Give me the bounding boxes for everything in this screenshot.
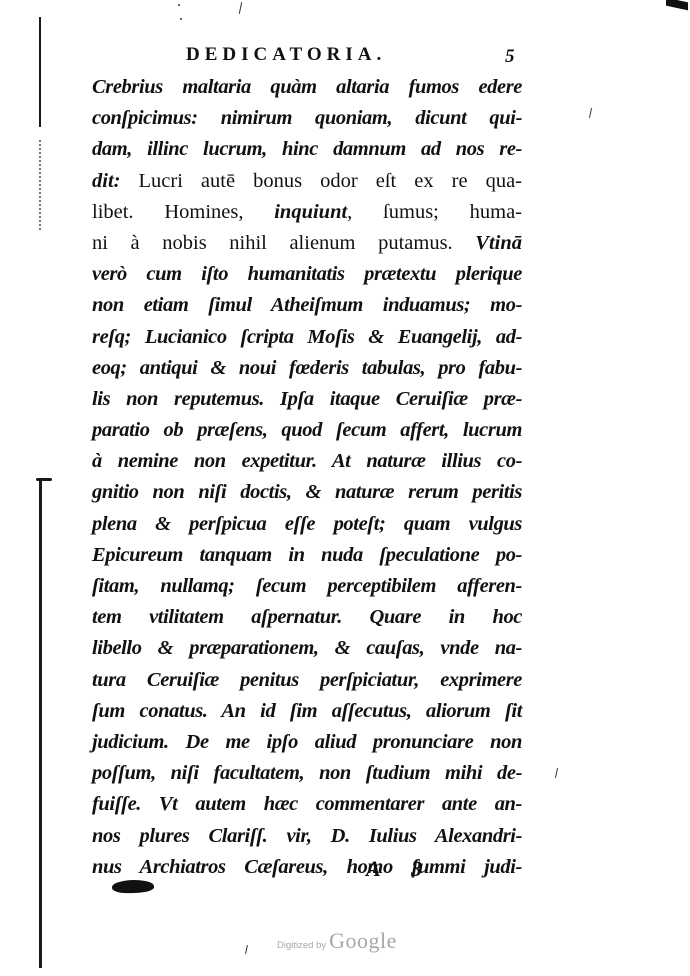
- ink-speck: [180, 18, 182, 20]
- text-line: judicium. De me ipſo aliud pronunciare n…: [92, 727, 522, 758]
- text-line: plena & perſpicua eſſe poteſt; quam vulg…: [92, 509, 522, 540]
- text-line: conſpicimus: nimirum quoniam, dicunt qui…: [92, 103, 522, 134]
- text-line: fuiſſe. Vt autem hæc commentarer ante an…: [92, 789, 522, 820]
- text-line: lis non reputemus. Ipſa itaque Ceruiſiæ …: [92, 384, 522, 415]
- ink-speck: [178, 4, 180, 6]
- roman-run: ni à nobis nihil alienum putamus.: [92, 232, 475, 254]
- text-line: tura Ceruiſiæ penitus perſpiciatur, expr…: [92, 665, 522, 696]
- text-line: libello & præparationem, & cauſas, vnde …: [92, 633, 522, 664]
- signature-number: 3: [411, 856, 422, 881]
- text-line: tem vtilitatem aſpernatur. Quare in hoc: [92, 602, 522, 633]
- signature-letter: A: [366, 856, 379, 881]
- running-head: DEDICATORIA.: [186, 44, 386, 66]
- text-line: libet. Homines, inquiunt, ſumus; huma-: [92, 197, 522, 228]
- italic-run: Vtinā: [475, 232, 522, 254]
- italic-run: inquiunt: [274, 201, 347, 223]
- ink-stroke: [245, 945, 248, 954]
- text-line: dit: Lucri autē bonus odor eſt ex re qua…: [92, 166, 522, 197]
- text-line: verò cum iſto humanitatis prætextu pleri…: [92, 259, 522, 290]
- ink-stroke: [239, 2, 242, 14]
- text-line: Crebrius maltaria quàm altaria fumos ede…: [92, 72, 522, 103]
- text-line: reſq; Lucianico ſcripta Moſis & Euangeli…: [92, 322, 522, 353]
- text-line: Epicureum tanquam in nuda ſpeculatione p…: [92, 540, 522, 571]
- text-line: à nemine non expetitur. At naturæ illius…: [92, 446, 522, 477]
- digitized-watermark: Digitized by Google: [277, 928, 397, 954]
- page-number: 5: [505, 46, 515, 68]
- italic-run: dit:: [92, 170, 120, 192]
- margin-rule-faint: [39, 140, 43, 230]
- roman-run: libet. Homines,: [92, 201, 274, 223]
- google-logo: Google: [329, 928, 397, 954]
- text-line: gnitio non niſi doctis, & naturæ rerum p…: [92, 477, 522, 508]
- text-line: dam, illinc lucrum, hinc damnum ad nos r…: [92, 134, 522, 165]
- ink-stroke: [555, 768, 558, 778]
- body-text: Crebrius maltaria quàm altaria fumos ede…: [92, 72, 522, 883]
- text-line: ni à nobis nihil alienum putamus. Vtinā: [92, 228, 522, 259]
- text-line: nos plures Clariſſ. vir, D. Iulius Alexa…: [92, 821, 522, 852]
- text-line: paratio ob præſens, quod ſecum affert, l…: [92, 415, 522, 446]
- text-line: nus Archiatros Cæſareus, homo ſummi judi…: [92, 852, 522, 883]
- roman-run: , ſumus; huma-: [347, 201, 522, 223]
- signature-mark: A 3: [366, 856, 422, 882]
- text-line: non etiam ſimul Atheiſmum induamus; mo-: [92, 290, 522, 321]
- watermark-prefix: Digitized by: [277, 940, 326, 951]
- text-line: ſitam, nullamq; ſecum perceptibilem affe…: [92, 571, 522, 602]
- ink-stroke: [589, 108, 592, 118]
- roman-run: Lucri autē bonus odor eſt ex re qua-: [120, 170, 522, 192]
- ink-blot: [112, 879, 155, 894]
- margin-rule-top: [39, 17, 41, 127]
- margin-rule-bottom: [39, 480, 42, 968]
- text-line: ſum conatus. An id ſim aſſecutus, alioru…: [92, 696, 522, 727]
- text-line: poſſum, niſi facultatem, non ſtudium mih…: [92, 758, 522, 789]
- corner-ink-mark: [666, 0, 688, 10]
- text-line: eoq; antiqui & noui fœderis tabulas, pro…: [92, 353, 522, 384]
